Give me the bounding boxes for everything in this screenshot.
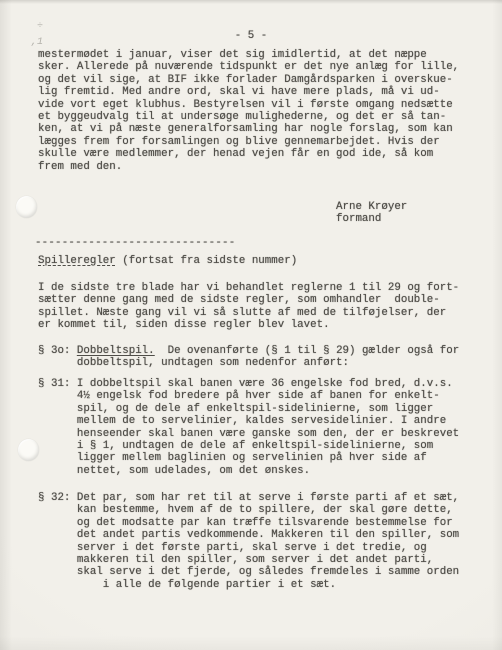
rule-term-30: Dobbeltspil.: [77, 345, 155, 357]
section-subtitle: (fortsat fra sidste nummer): [116, 255, 297, 267]
scanned-document-page: ÷ ,1 - 5 - mestermødet i januar, viser d…: [0, 0, 502, 650]
signature-name: Arne Krøyer: [336, 201, 407, 213]
rule-paragraph-32: § 32: Det par, som har ret til at serve …: [38, 492, 459, 591]
rule-text-32: Det par, som har ret til at serve i førs…: [38, 492, 459, 591]
rule-number-31: § 31:: [38, 378, 77, 390]
rule-number-30: § 3o:: [38, 345, 77, 357]
section-heading: Spilleregler (fortsat fra sidste nummer): [38, 255, 297, 267]
rule-paragraph-31: § 31: I dobbeltspil skal banen være 36 e…: [38, 378, 459, 477]
intro-paragraph: mestermødet i januar, viser det sig imid…: [38, 49, 459, 173]
rule-paragraph-30: § 3o: Dobbeltspil. De ovenanførte (§ 1 t…: [38, 345, 459, 370]
section-title: Spilleregler: [38, 255, 116, 267]
page-number: - 5 -: [0, 30, 502, 42]
signature-block: Arne Krøyer formand: [336, 201, 407, 226]
signature-title: formand: [336, 213, 407, 225]
rule-text-31: I dobbeltspil skal banen være 36 engelsk…: [38, 378, 459, 477]
section-intro-paragraph: I de sidste tre blade har vi behandlet r…: [38, 282, 459, 332]
punch-hole-bottom: [18, 439, 39, 461]
divider-dashes: ------------------------------: [35, 237, 235, 249]
rule-number-32: § 32:: [38, 492, 77, 504]
punch-hole-top: [16, 196, 37, 218]
